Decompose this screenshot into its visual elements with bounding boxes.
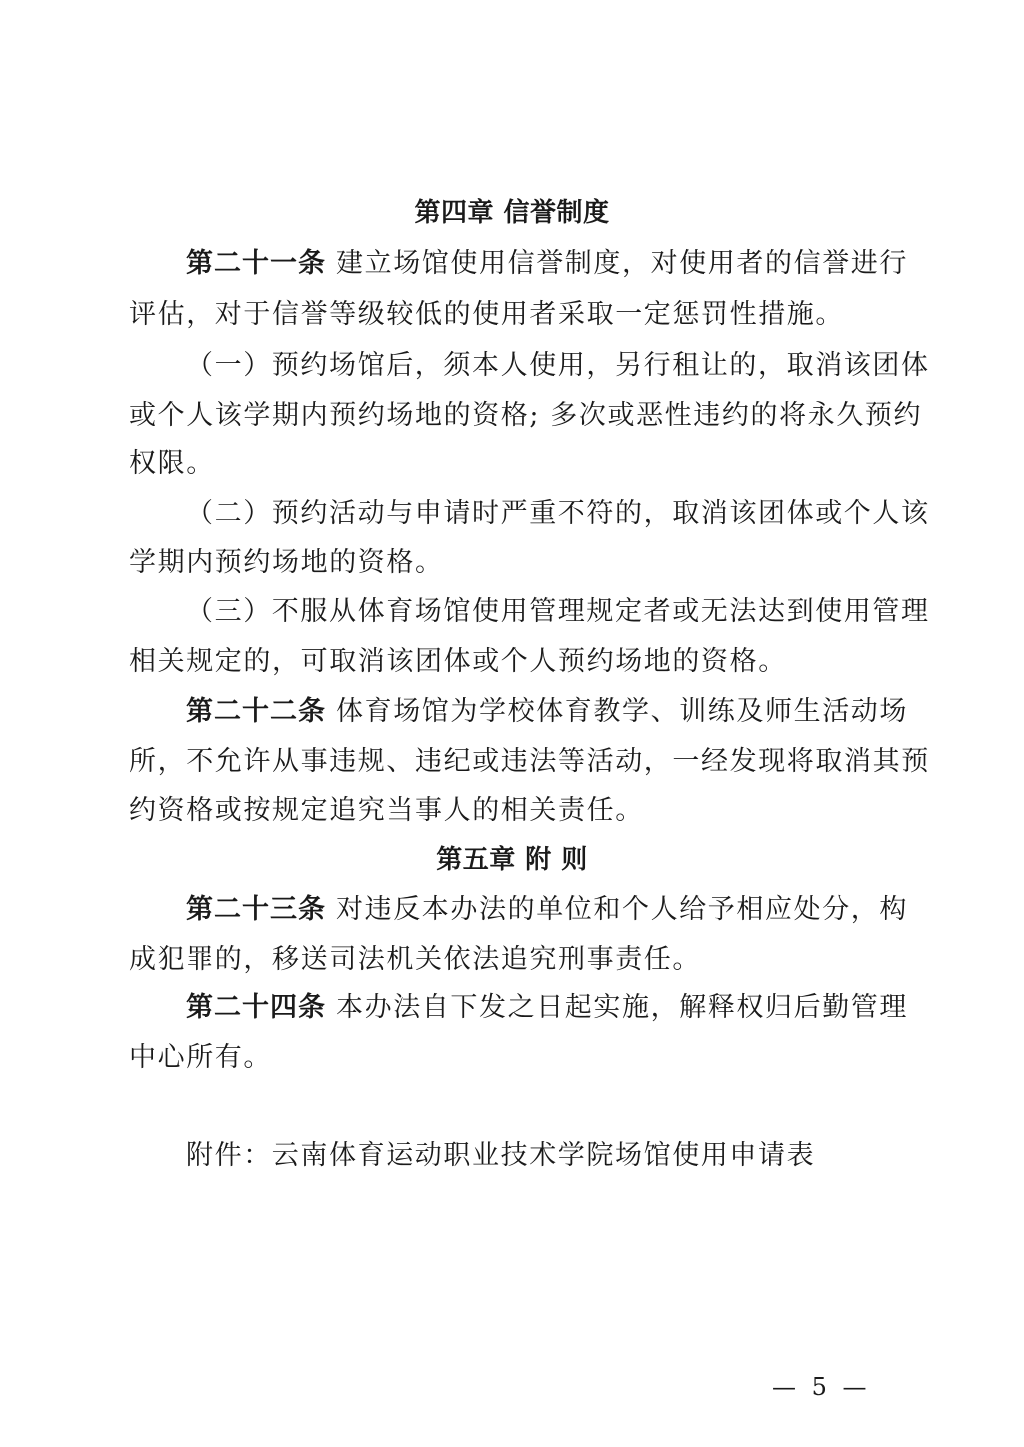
article-24-line-2: 中心所有。 xyxy=(129,1040,889,1076)
article-22-label: 第二十二条 xyxy=(186,696,326,727)
article-21-text-1: 建立场馆使用信誉制度，对使用者的信誉进行 xyxy=(336,248,908,279)
article-22-text-1: 体育场馆为学校体育教学、训练及师生活动场 xyxy=(336,696,908,727)
article-22-line-1: 第二十二条体育场馆为学校体育教学、训练及师生活动场 xyxy=(186,694,889,730)
article-23-label: 第二十三条 xyxy=(186,894,326,925)
article-23-line-1: 第二十三条对违反本办法的单位和个人给予相应处分，构 xyxy=(186,892,889,928)
article-23-text-1: 对违反本办法的单位和个人给予相应处分，构 xyxy=(336,894,908,925)
chapter-4-title: 第四章 信誉制度 xyxy=(0,195,1024,231)
article-21-label: 第二十一条 xyxy=(186,248,326,279)
article-24-line-1: 第二十四条本办法自下发之日起实施，解释权归后勤管理 xyxy=(186,990,889,1026)
article-21-line-1: 第二十一条建立场馆使用信誉制度，对使用者的信誉进行 xyxy=(186,246,889,282)
item-1-line-2: 或个人该学期内预约场地的资格; 多次或恶性违约的将永久预约 xyxy=(129,398,889,434)
article-22-line-3: 约资格或按规定追究当事人的相关责任。 xyxy=(129,793,889,829)
item-3-line-1: （三）不服从体育场馆使用管理规定者或无法达到使用管理 xyxy=(186,594,889,630)
item-2-line-1: （二）预约活动与申请时严重不符的，取消该团体或个人该 xyxy=(186,496,889,532)
article-24-text-1: 本办法自下发之日起实施，解释权归后勤管理 xyxy=(336,992,908,1023)
article-22-line-2: 所，不允许从事违规、违纪或违法等活动，一经发现将取消其预 xyxy=(129,744,889,780)
article-21-line-2: 评估，对于信誉等级较低的使用者采取一定惩罚性措施。 xyxy=(129,297,889,333)
attachment-note: 附件：云南体育运动职业技术学院场馆使用申请表 xyxy=(186,1138,889,1174)
chapter-5-title: 第五章 附 则 xyxy=(0,842,1024,878)
document-page: 第四章 信誉制度 第二十一条建立场馆使用信誉制度，对使用者的信誉进行 评估，对于… xyxy=(0,0,1024,1447)
article-23-line-2: 成犯罪的，移送司法机关依法追究刑事责任。 xyxy=(129,942,889,978)
article-24-label: 第二十四条 xyxy=(186,992,326,1023)
item-2-line-2: 学期内预约场地的资格。 xyxy=(129,545,889,581)
page-number: — 5 — xyxy=(772,1372,871,1402)
item-1-line-1: （一）预约场馆后，须本人使用，另行租让的，取消该团体 xyxy=(186,348,889,384)
item-3-line-2: 相关规定的，可取消该团体或个人预约场地的资格。 xyxy=(129,644,889,680)
item-1-line-3: 权限。 xyxy=(129,446,889,482)
